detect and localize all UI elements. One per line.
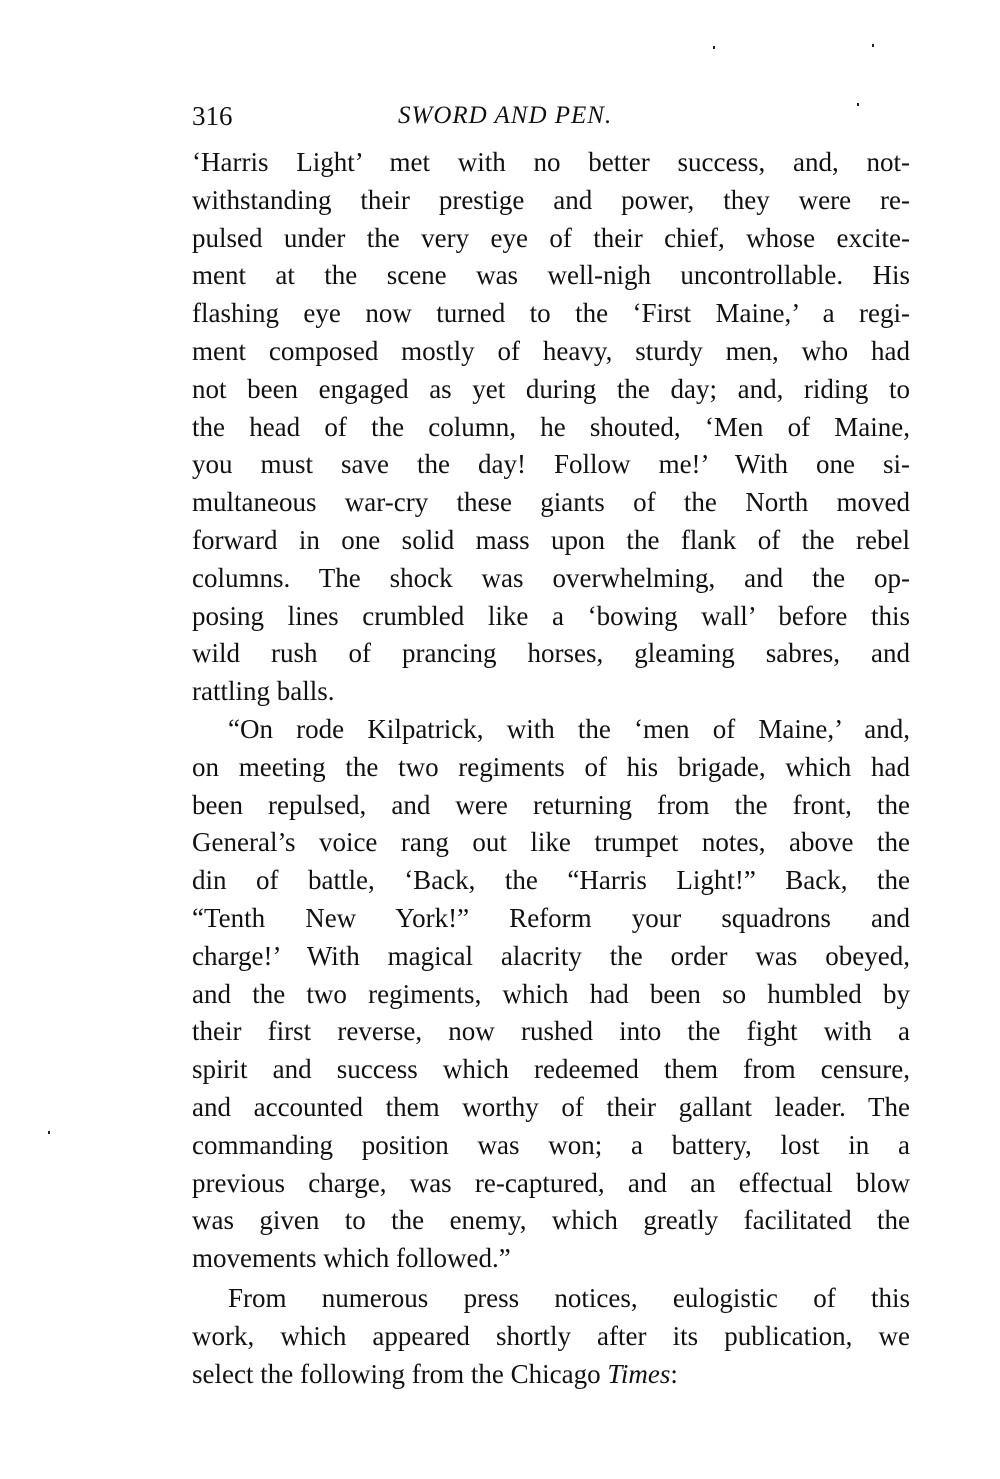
text-line: on meeting the two regiments of his brig… (192, 749, 910, 787)
text-line: commanding position was won; a battery, … (192, 1127, 910, 1165)
text-line: been repulsed, and were returning from t… (192, 787, 910, 825)
text-run: select the following from the Chicago (192, 1359, 607, 1389)
text-line: charge!’ With magical alacrity the order… (192, 938, 910, 976)
text-line: movements which followed.” (192, 1240, 910, 1278)
scan-speck (872, 44, 874, 47)
text-line: pulsed under the very eye of their chief… (192, 220, 910, 258)
text-run: : (670, 1359, 678, 1389)
text-line: their first reverse, now rushed into the… (192, 1013, 910, 1051)
running-head: 316 SWORD AND PEN. (192, 96, 910, 136)
text-line: General’s voice rang out like trumpet no… (192, 824, 910, 862)
text-line: previous charge, was re-captured, and an… (192, 1165, 910, 1203)
text-line: From numerous press notices, eulogistic … (192, 1280, 910, 1318)
text-line: you must save the day! Follow me!’ With … (192, 446, 910, 484)
text-line: and accounted them worthy of their galla… (192, 1089, 910, 1127)
text-line: the head of the column, he shouted, ‘Men… (192, 409, 910, 447)
text-line: “On rode Kilpatrick, with the ‘men of Ma… (192, 711, 910, 749)
text-line: spirit and success which redeemed them f… (192, 1051, 910, 1089)
text-line: forward in one solid mass upon the flank… (192, 522, 910, 560)
text-line: was given to the enemy, which greatly fa… (192, 1202, 910, 1240)
paragraph-continuation: ‘Harris Light’ met with no better succes… (192, 144, 910, 711)
text-line: columns. The shock was overwhelming, and… (192, 560, 910, 598)
text-line: “Tenth New York!” Reform your squadrons … (192, 900, 910, 938)
paragraph-press-notices: From numerous press notices, eulogistic … (192, 1280, 910, 1393)
text-line: multaneous war-cry these giants of the N… (192, 484, 910, 522)
newspaper-title: Times (607, 1359, 670, 1389)
text-line-final: select the following from the Chicago Ti… (192, 1356, 910, 1394)
text-line: wild rush of prancing horses, gleaming s… (192, 635, 910, 673)
text-line: ment at the scene was well-nigh uncontro… (192, 257, 910, 295)
text-line: flashing eye now turned to the ‘First Ma… (192, 295, 910, 333)
text-line: posing lines crumbled like a ‘bowing wal… (192, 598, 910, 636)
text-line: work, which appeared shortly after its p… (192, 1318, 910, 1356)
text-line: ‘Harris Light’ met with no better succes… (192, 144, 910, 182)
text-line: ment composed mostly of heavy, sturdy me… (192, 333, 910, 371)
book-page: 316 SWORD AND PEN. ‘Harris Light’ met wi… (192, 96, 910, 1393)
text-line: and the two regiments, which had been so… (192, 976, 910, 1014)
running-title: SWORD AND PEN. (398, 96, 612, 136)
paragraph-quotation: “On rode Kilpatrick, with the ‘men of Ma… (192, 711, 910, 1278)
text-line: din of battle, ‘Back, the “Harris Light!… (192, 862, 910, 900)
text-line: not been engaged as yet during the day; … (192, 371, 910, 409)
text-line: rattling balls. (192, 673, 910, 711)
page-number: 316 (192, 96, 233, 136)
scan-speck (713, 46, 715, 49)
text-line: withstanding their prestige and power, t… (192, 182, 910, 220)
scan-speck (48, 1131, 50, 1134)
